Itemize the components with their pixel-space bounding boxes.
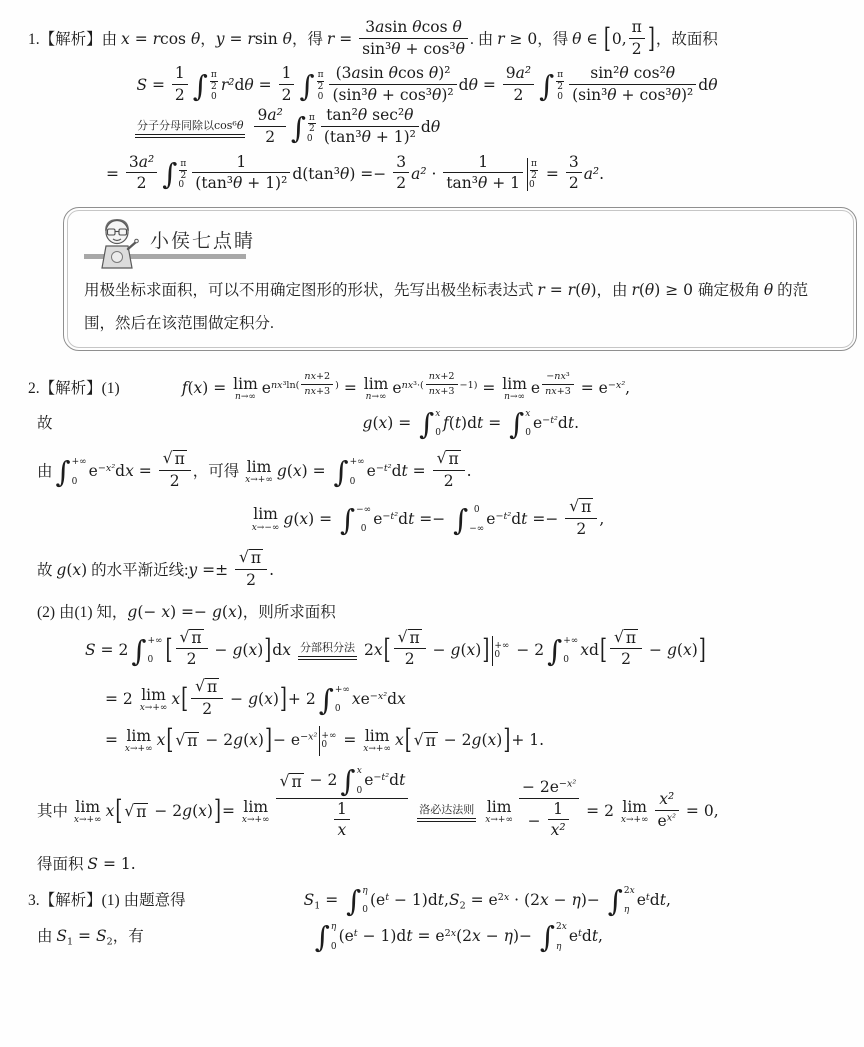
mi: a [352,64,361,82]
solution-block-2-3: 2.【解析】(1)f(x) = limn→∞enx³ln(nx+2nx+3) =… [28,371,856,952]
fnum: 1 [172,64,188,85]
rm: 2 [202,700,212,718]
rm: = e [413,928,445,946]
tip-body: 用极坐标求面积，可以不用确定图形的形状，先写出极坐标表达式 r = r(θ)，由… [84,274,834,341]
rm: + 1 [487,174,520,192]
qsym: √ [195,678,205,696]
rm: →∞ [510,392,525,402]
qsym: √ [398,629,408,647]
rm: 0 [362,905,368,915]
bigb: ] [648,26,655,53]
fnum: 3 [566,153,582,174]
mi: g [182,802,192,820]
rm: 2 [632,40,642,58]
rm: d(tan³ [292,165,340,183]
rm: = [334,30,357,48]
superscript: −x² [370,691,387,702]
qbody: π [134,803,148,822]
mi: x [467,641,476,659]
mi: g [472,731,482,749]
frac: π2 [530,159,538,182]
limu: x→+∞ [245,476,273,486]
mi: θ [764,281,773,299]
rm: )² [441,86,453,104]
mi: η [556,942,561,952]
cn: 分部积分法 [300,642,355,654]
fnum: 9a² [503,64,534,85]
limu: x→+∞ [621,816,649,826]
math-line: S = 2∫+∞0[√π2 − g(x)]dx分部积分法2x[√π2 − g(x… [85,628,856,669]
gap [144,941,312,942]
intg: ∫x0 [419,409,441,439]
rm: − 2 [511,641,544,659]
evalw: π20 [527,158,539,192]
mi: x [630,886,635,896]
sqrtw: √π [280,773,304,792]
fden: 2 [235,570,267,590]
frac: 1(tan³θ + 1)² [192,153,290,193]
math-line: 3.【解析】(1) 由题意得S1 = ∫η0(et − 1)dt,S2 = e2… [28,886,856,916]
intg: ∫x0 [340,766,362,796]
mi: g [283,510,293,528]
rm: d [511,510,521,528]
mi: r² [221,76,235,94]
math-line: 由∫+∞0e−x²dx = √π2，可得 limx→+∞g(x) = ∫+∞0e… [37,449,856,490]
isym: ∫ [340,766,355,796]
mi: g [248,690,258,708]
superscript: −nx³nx+3 [540,380,576,391]
rm: cos⁶ [214,119,237,132]
frac: 3asin θcos θsin³θ + cos³θ [359,18,468,58]
rm: 2 [621,650,631,668]
rm: 0 [72,477,78,487]
mi: S [96,928,107,946]
mi: S [449,891,460,909]
rm: sin³ [362,40,391,58]
mi: x [299,510,308,528]
mi: r [537,281,544,299]
mi: t² [384,463,392,474]
rm: 2 [265,128,275,146]
rm: ) = [308,510,337,528]
isym: ∫ [193,71,208,101]
xlab: 分部积分法 [298,641,357,656]
xline [417,818,476,822]
intg: ∫2xη [540,922,567,952]
rm: = [338,731,361,749]
superscript: −x² [98,463,115,474]
mi: θ [368,86,377,104]
sqrtw: √π [398,629,422,648]
rm: − [542,415,550,426]
qsym: √ [280,773,290,791]
sqrtw: √π [437,450,461,469]
frac: π2 [629,18,645,58]
mi: θ [645,281,654,299]
rm: +2 [316,371,330,382]
mi: r [497,30,504,48]
bigb: [ [115,799,122,826]
rm: − 2 [200,731,233,749]
mi: x [198,802,207,820]
intg: ∫0−∞ [453,505,484,535]
rm: 2 [444,472,454,490]
qbody: π [185,732,199,751]
fnum: π [556,70,564,82]
mi: θ [412,18,421,36]
rm: tan³ [446,174,478,192]
mi: S [56,928,67,946]
limt: lim [75,799,100,816]
rm: e [262,379,271,397]
ilo: η [624,906,635,915]
rm: π [581,498,591,516]
rm: 0 [147,655,153,665]
limt: lim [243,799,268,816]
fnum: sin²θ cos²θ [569,64,696,85]
mi: θ [672,86,681,104]
intg: ∫π20 [299,69,325,103]
rm: π [309,113,315,123]
rm: − [210,641,233,659]
rm: , [625,379,630,397]
cn: ，由 [597,282,632,299]
fnum: √π − 2∫x0e−t²dt [276,766,409,798]
rm: +3 [557,386,571,397]
teacher-avatar-icon [94,216,140,272]
mi: η [504,928,513,946]
mi: x [194,379,203,397]
rm: ³ [566,371,570,382]
ilo: η [556,943,567,952]
fden: 2 [629,39,645,59]
bigb: [ [600,637,607,664]
rm: 9 [506,64,516,82]
limt: lim [247,459,272,476]
rm: 0 [318,92,324,102]
isym: ∫ [131,636,146,666]
rm: = [541,165,564,183]
fnum: 3 [393,153,409,174]
fden: 2 [254,127,285,147]
ilo: 0 [356,525,371,534]
ihi: −∞ [356,506,371,515]
rm: (sin³ [572,86,607,104]
rm: − [644,641,667,659]
limu: x→+∞ [74,816,102,826]
evalw: +∞0 [492,636,509,666]
rm: ≥ 0 [505,30,538,48]
frac: 32 [393,153,409,193]
fnum: nx+2 [426,371,458,385]
fnum: 1 [443,153,523,174]
xeq: 洛必达法则 [417,803,476,822]
rm: d [115,463,125,481]
rm: = [254,76,277,94]
rm: d [389,772,399,790]
bigb: ] [265,728,272,755]
rm: −1) [460,380,478,391]
rm: →+∞ [490,815,513,825]
rm: = [106,165,124,183]
sqrtw: √π [195,678,219,697]
rm: . [599,165,604,183]
rm: tan² [326,106,358,124]
mi: x [683,641,692,659]
rm: 2 [246,571,256,589]
rm: 2 [137,174,147,192]
superscript: −t² [376,463,392,474]
frac: 1x [334,800,350,840]
rm: d [650,891,660,909]
mi: θ [478,174,487,192]
rm: π [291,773,301,791]
rm: = [222,802,240,820]
rm: cos [398,64,429,82]
limt: lim [487,799,512,816]
mi: S [85,641,96,659]
limu: n→∞ [504,393,525,403]
mi: g [232,641,242,659]
rm: = [478,76,501,94]
rm: →+∞ [626,815,649,825]
rm: π [187,732,197,750]
mi: nx [545,386,557,397]
qbody: π [205,678,219,697]
intg: ∫π20 [162,158,188,192]
fden: nx+3 [301,385,333,398]
fnum: 9a² [254,106,285,127]
rm: e [367,463,376,481]
frac: √π − 2∫x0e−t²dt1x [276,766,409,840]
ilo: 0 [563,656,578,665]
tip-header: 小侯七点睛 [84,218,834,270]
rm: π [426,732,436,750]
limw: limn→∞ [502,376,527,403]
frac: √π2 [610,628,642,669]
evalw: +∞0 [319,726,336,756]
rm: = 2 [581,802,619,820]
rm: 3 [396,153,406,171]
math-line: 故 g(x) 的水平渐近线:y =± √π2. [37,548,856,589]
limu: x→+∞ [140,704,168,714]
rm: − [481,928,504,946]
ilo: 0 [362,906,368,915]
rm: −∞ [356,505,371,515]
ihi: 2x [556,923,567,932]
fnum: √π [159,449,191,471]
fnum: x² [655,790,679,811]
rm: (sin³ [332,86,367,104]
rm: ) [273,690,279,708]
limw: limx→−∞ [252,506,280,533]
cn: ，可得 [193,464,243,481]
limt: lim [233,376,258,393]
ihi: 0 [469,506,484,515]
rm: = [545,281,568,299]
rm: 2 [282,86,292,104]
rm: + 2 [288,690,316,708]
frac: 9a²2 [503,64,534,104]
rm: d [387,690,397,708]
rm: 2 [405,650,415,668]
frac: tan²θ sec²θ(tan³θ + 1)² [321,106,419,146]
limu: n→∞ [235,393,256,403]
frac: nx+2nx+3 [301,371,333,397]
limw: limx→+∞ [242,799,270,826]
mi: g [127,603,137,621]
limw: limx→+∞ [245,459,273,486]
rm: d [272,641,282,659]
rm: ) [692,641,698,659]
mi: x [264,690,273,708]
ibnd: x0 [525,409,531,439]
rm: 0 [494,650,500,660]
limw: limn→∞ [233,376,258,403]
limt: lim [141,687,166,704]
ihi: +∞ [563,637,578,646]
rm: = [147,76,170,94]
mi: nx [554,371,566,382]
limw: limn→∞ [364,376,389,403]
superscript: 2x [498,892,510,903]
mi: x [228,603,237,621]
rm: 0 [529,180,535,190]
rm: · [427,165,442,183]
limu: x→+∞ [485,816,513,826]
rm: − [608,380,616,391]
mi: θ [619,64,628,82]
intg: ∫+∞0 [319,685,350,715]
limu: x→+∞ [125,745,153,755]
limt: lim [622,799,647,816]
rm: +3 [316,386,330,397]
cn: 故 [37,562,56,579]
rm: 2 [531,171,537,181]
math-line: S = 12∫π20r²dθ = 12∫π20(3asin θcos θ)²(s… [28,64,826,104]
limt: lim [364,376,389,393]
mi: nx [402,380,414,391]
rm: , [598,928,603,946]
mi: r [153,30,160,48]
rm: d [558,414,568,432]
mi: g [212,603,222,621]
rm: π [410,629,420,647]
limt: lim [253,506,278,523]
rm: (− [137,603,161,621]
mi: t² [550,415,558,426]
mi: x [293,463,302,481]
mi: x² [106,463,115,474]
frac: √π2 [394,628,426,669]
rm: cos [160,30,191,48]
cn: 故 [37,415,53,432]
rm: ) [207,802,213,820]
ibnd: +∞0 [335,685,350,715]
fden: sin³θ + cos³θ [359,39,468,59]
rm: ) = [387,414,416,432]
mi: x² [378,691,387,702]
limw: limx→+∞ [125,728,153,755]
fnum: π [308,113,316,125]
mi: x [161,603,170,621]
rm: ) [257,641,263,659]
limu: x→+∞ [242,816,270,826]
ibnd: +∞0 [350,457,365,487]
fden: tan³θ + 1 [443,173,523,193]
rm: →+∞ [79,815,102,825]
mi: x [562,922,567,932]
rm: )² [681,86,693,104]
rm: = [134,463,157,481]
frac: π2 [179,159,187,182]
cn: ，得 [292,31,327,48]
rm: 2 [364,641,374,659]
rm: e [533,414,542,432]
rm: + cos³ [617,86,672,104]
rm: − 2 [149,802,182,820]
fden: x² [548,820,569,840]
rm: e [361,690,370,708]
ilo: 0 [209,93,219,102]
rm: 1 [337,800,347,818]
intg: ∫π20 [291,112,317,146]
frac: √π2 [191,677,223,718]
rm: sin [384,18,412,36]
rm: − [495,511,503,522]
cn: 洛必达法则 [419,804,474,816]
frac: 12 [172,64,188,104]
fden: nx+3 [542,385,574,398]
ihi: x [525,410,531,419]
mi: θ [469,76,478,94]
rm: ∈ [581,30,602,48]
rm: ) [475,641,481,659]
rm: e [569,928,578,946]
mi: θ [456,40,465,58]
intg: ∫+∞0 [333,457,364,487]
mi: x² [667,813,676,824]
rm: →−∞ [257,523,280,533]
fden: 2 [191,699,223,719]
mi: g [667,641,677,659]
intg: ∫+∞0 [547,636,578,666]
fden: (tan³θ + 1)² [192,173,290,193]
ilo: 0 [435,429,441,438]
fnum: √π [176,628,208,650]
rm: = 0, [681,802,719,820]
ilo: −∞ [469,525,484,534]
intg: ∫π20 [539,69,565,103]
rm: = [105,731,123,749]
ibnd: π20 [209,69,219,103]
mi: x [72,561,81,579]
fnum: − 2e−x² [519,778,579,799]
rm: ) =− [170,603,212,621]
superscript: nx³·(nx+2nx+3−1) [402,380,478,391]
rm: π [626,629,636,647]
rm: + cos³ [401,40,456,58]
mi: θ [340,165,349,183]
rm: d [421,118,431,136]
cn: 由 [37,929,56,946]
ilo: 0 [72,478,87,487]
cn: 3.【解析】(1) 由题意得 [28,892,186,909]
xline [298,656,357,660]
rm: 0 [350,477,356,487]
rm: →+∞ [250,475,273,485]
ilo: 0 [316,93,326,102]
